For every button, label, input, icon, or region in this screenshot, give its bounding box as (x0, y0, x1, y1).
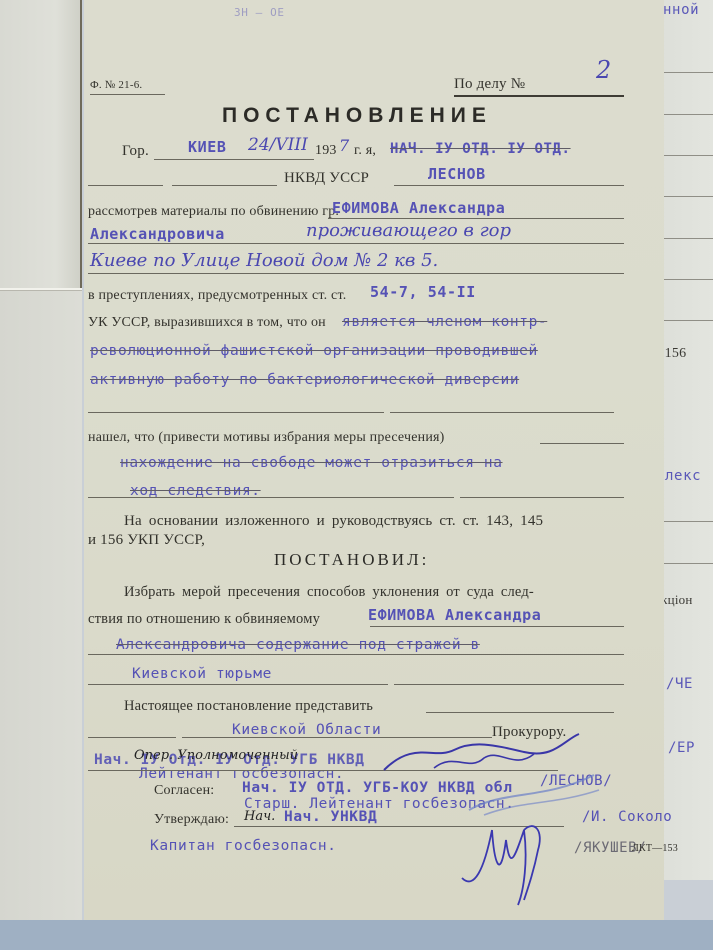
prison-line: Киевской тюрьме (132, 666, 272, 682)
year-prefix: 193 (315, 143, 337, 159)
right-page-rule (662, 320, 713, 321)
right-page-rule (662, 238, 713, 239)
approved-hand: Нач. (244, 809, 275, 824)
right-page-rule (662, 72, 713, 73)
case-number: 2 (596, 56, 611, 84)
motive-rule (88, 497, 454, 498)
right-page-rule (662, 279, 713, 280)
region-value: Киевской Области (232, 722, 381, 738)
basis-line-1: На основании изложенного и руководствуяс… (124, 513, 543, 530)
present-label: Настоящее постановление представить (124, 698, 373, 715)
officer-name-rule (394, 185, 624, 186)
residing-text: проживающего в гор (306, 220, 511, 241)
city-value: КИЕВ (188, 138, 227, 156)
org-label: НКВД УССР (284, 170, 369, 187)
resolved-heading: ПОСТАНОВИЛ: (274, 550, 429, 570)
right-page-rule (662, 563, 713, 564)
right-page-stamp-2: /ЕР (668, 740, 695, 756)
custody-line: Александровича содержание под стражей в (116, 637, 480, 653)
motive-rule (460, 497, 624, 498)
form-number: Ф. № 21-6. (90, 79, 142, 91)
stamp-rank-3: Капитан госбезопасн. (150, 838, 337, 854)
accused-patronymic: Александровича (90, 225, 225, 243)
motive-line-1: нахождение на свободе может отразиться н… (120, 455, 503, 471)
agreed-label: Согласен: (154, 783, 214, 799)
custody-rule (88, 654, 624, 655)
charge-line-3: активную работу по бактериологической ди… (90, 372, 519, 388)
prison-rule (394, 684, 624, 685)
right-page-rule (662, 114, 713, 115)
case-number-rule (454, 95, 624, 97)
document-title: ПОСТАНОВЛЕНИЕ (222, 104, 492, 128)
right-page-rule (662, 155, 713, 156)
print-mark: ЛКТ—153 (632, 843, 678, 854)
resolution-line-1: Избрать мерой пресечения способов уклоне… (124, 584, 534, 601)
right-page-rule (662, 521, 713, 522)
year-tail: г. я, (354, 143, 376, 159)
background-surface (0, 920, 713, 950)
considered-label: рассмотрев материалы по обвинению гр. (88, 204, 339, 220)
present-rule (426, 712, 614, 713)
resolution-name-rule (370, 626, 624, 627)
blank-rule (88, 185, 163, 186)
found-rule (540, 443, 624, 444)
accused-surname-line: ЕФИМОВА Александра (332, 199, 505, 217)
charge-line-1: является членом контр- (342, 314, 547, 330)
resolution-document: ЗН — ОЕ Ф. № 21-6. По делу № 2 ПОСТАНОВЛ… (84, 0, 664, 920)
crimes-articles: 54-7, 54-II (370, 283, 476, 301)
folder-fold-edge (0, 288, 82, 291)
approved-stamp: Нач. УНКВД (284, 809, 377, 825)
address-rule (88, 273, 624, 274)
officer-position: НАЧ. IУ ОТД. IУ ОТД. (390, 141, 571, 157)
residence-rule (88, 243, 624, 244)
city-label: Гор. (122, 143, 149, 160)
right-page-rule (662, 196, 713, 197)
approved-label: Утверждаю: (154, 812, 229, 828)
uk-label: УК УССР, выразившихся в том, что он (88, 315, 326, 331)
accused-rule (328, 218, 624, 219)
crimes-label: в преступлениях, предусмотренных ст. ст. (88, 288, 346, 304)
right-page-stamp-1: /ЧЕ (666, 676, 693, 692)
officer-label: Опер. Уполномоченный (134, 748, 298, 763)
date-value: 24/VIII (248, 135, 308, 155)
officer-name: ЛЕСНОВ (428, 165, 486, 183)
blank-rule (88, 412, 384, 413)
blank-rule (172, 185, 277, 186)
faint-top-stamp: ЗН — ОЕ (234, 6, 285, 19)
year-suffix: 7 (339, 136, 349, 155)
region-rule (88, 737, 176, 738)
resolution-name: ЕФИМОВА Александра (368, 606, 541, 624)
prison-rule (88, 684, 388, 685)
resolution-line-2: ствия по отношению к обвиняемому (88, 611, 320, 628)
form-number-rule (90, 94, 165, 95)
case-label: По делу № (454, 76, 525, 93)
blank-rule (390, 412, 614, 413)
address-text: Киеве по Улице Новой дом № 2 кв 5. (90, 250, 438, 271)
folder-flap (0, 290, 82, 950)
found-label: нашел, что (привести мотивы избрания мер… (88, 430, 445, 446)
folder-left-cover (0, 0, 82, 950)
city-rule (154, 159, 314, 160)
charge-line-2: революционной фашистской организации про… (90, 343, 538, 359)
basis-line-2: и 156 УКП УССР, (88, 532, 205, 549)
signature-approved-icon (454, 800, 564, 910)
